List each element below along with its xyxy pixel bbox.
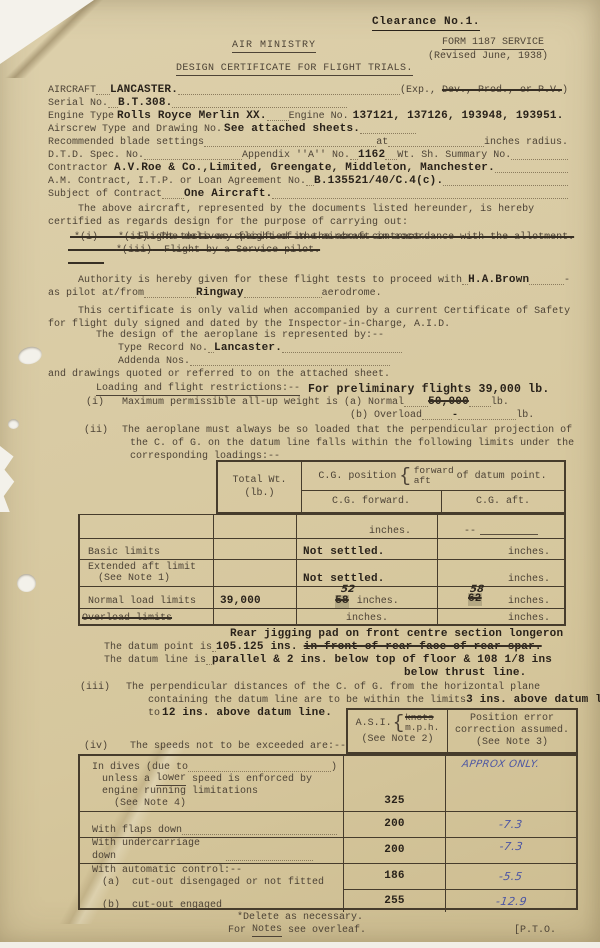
blade-suffix: inches radius. xyxy=(484,136,568,149)
pos-value-cell: -7.3 xyxy=(446,812,576,838)
dash-value: -- xyxy=(464,525,476,538)
drawings-line: and drawings quoted or referred to on th… xyxy=(48,368,570,381)
aft-struck-value: 62 xyxy=(468,593,482,606)
datum-section: Rear jigging pad on front centre section… xyxy=(48,628,588,720)
leader xyxy=(388,144,484,147)
auto-control-label: With automatic control:-- xyxy=(92,865,343,877)
field-aircraft: AIRCRAFT LANCASTER. (Exp., Dev., Prod., … xyxy=(48,84,568,97)
aft-cell: inches. xyxy=(438,560,564,587)
cg-body-box: inches. -- Basic limits Not settled. inc… xyxy=(78,514,566,626)
forward-corrected-value: 52 xyxy=(340,583,355,596)
item-text: Flight by a Service pilot. xyxy=(164,245,320,256)
design-intro: The design of the aeroplane is represent… xyxy=(48,329,570,342)
perpendicular-text: containing the datum line are to be with… xyxy=(48,694,466,707)
loading-heading-value: For preliminary flights 39,000 lb. xyxy=(308,383,549,396)
row-label-cell: Extended aft limit(See Note 1) xyxy=(80,560,214,587)
type-record-label: Type Record No. xyxy=(118,342,208,355)
leader xyxy=(172,105,347,108)
pilot-line-text: as pilot at/from xyxy=(48,287,144,300)
position-error-header-cell: Position error correction assumed. (See … xyxy=(448,710,576,752)
not-settled-value: Not settled. xyxy=(303,546,385,559)
leader xyxy=(226,858,313,861)
engine-type-value: Rolls Royce Merlin XX. xyxy=(117,110,267,123)
thrust-line-line: below thrust line. xyxy=(48,667,588,680)
speeds-row-dives: In dives (due to ) unless a lower speed … xyxy=(80,756,576,812)
cg-row-blank: inches. -- xyxy=(80,515,564,539)
asi-value-cell: 200 xyxy=(344,812,446,838)
intro-line1: The above aircraft, represented by the d… xyxy=(48,203,570,216)
total-wt-cell xyxy=(214,609,297,625)
aft-cell: -- xyxy=(438,515,564,539)
overload-line: (b) Overload - lb. xyxy=(48,409,570,422)
appendix-value: 1162 xyxy=(358,149,385,162)
total-wt-header: Total Wt. (lb.) xyxy=(218,462,302,512)
cg-position-header: C.G. position { forward aft of datum poi… xyxy=(301,462,564,490)
flaps-correction-value: -7.3 xyxy=(498,818,523,831)
asi-value-cell: 200 xyxy=(344,838,446,864)
cutout-disengaged-label: (a) cut-out disengaged or not fitted xyxy=(92,877,343,889)
leader xyxy=(350,157,358,160)
inches-label: inches. xyxy=(369,525,411,538)
leader xyxy=(144,157,242,160)
field-dtd-spec: D.T.D. Spec. No. Appendix ''A'' No. 1162… xyxy=(48,149,568,162)
speeds-row-flaps: With flaps down 200 -7.3 xyxy=(80,812,576,838)
leader xyxy=(404,404,428,407)
leader xyxy=(360,131,416,134)
forward-cell: inches. xyxy=(297,609,438,625)
field-blade-settings: Recommended blade settings at inches rad… xyxy=(48,136,568,149)
leader xyxy=(422,417,452,420)
subject-label: Subject of Contract xyxy=(48,188,162,201)
cutout-engaged-correction: -12.9 xyxy=(495,895,528,908)
see-note-4: (See Note 4) xyxy=(114,797,186,810)
mph-label: m.p.h. xyxy=(405,723,439,733)
inches-label: inches. xyxy=(346,612,388,625)
forward-aft-options: forward aft xyxy=(414,466,454,486)
addenda-label: Addenda Nos. xyxy=(118,355,190,368)
type-record-value: Lancaster. xyxy=(214,342,282,355)
engine-type-label: Engine Type xyxy=(48,110,114,123)
cg-row-overload: Overload limits inches. inches. xyxy=(80,609,564,625)
validity-text: This certificate is only valid when acco… xyxy=(78,305,570,318)
leader xyxy=(529,282,564,285)
col-aft-label: C.G. aft. xyxy=(476,495,530,508)
col-header-forward: C.G. forward. xyxy=(301,491,442,512)
basic-limits-label: Basic limits xyxy=(88,546,160,559)
total-wt-cell xyxy=(214,515,297,539)
aircraft-class-open: (Exp., xyxy=(400,84,442,97)
inches-label: inches. xyxy=(508,546,550,559)
asi-note: (See Note 2) xyxy=(348,734,447,745)
total-wt-cell: 39,000 xyxy=(214,587,297,609)
speeds-intro-text: The speeds not to be exceeded are:-- xyxy=(130,740,346,753)
speeds-header-box: A.S.I. { knots m.p.h. (See Note 2) Posit… xyxy=(346,708,578,754)
leader xyxy=(190,363,390,366)
datum-point-label: of datum point. xyxy=(457,470,547,483)
engine-no-value: 137121, 137126, 193948, 193951. xyxy=(353,110,564,123)
speeds-row-auto-a: With automatic control:-- (a) cut-out di… xyxy=(80,864,576,890)
certification-section: The above aircraft, represented by the d… xyxy=(48,203,570,331)
overload-label: (b) Overload xyxy=(350,409,422,422)
leader xyxy=(144,295,196,298)
validity-line1: This certificate is only valid when acco… xyxy=(48,305,570,318)
notes-pre: For xyxy=(228,924,252,937)
cutout-disengaged-correction: -5.5 xyxy=(498,870,523,883)
datum-point-struck: in front of rear face of rear spar. xyxy=(304,641,542,654)
ministry-heading: AIR MINISTRY xyxy=(232,39,316,53)
cutout-disengaged-speed: 186 xyxy=(384,870,404,883)
pos-note: (See Note 3) xyxy=(448,737,576,749)
pto-note: [P.T.O. xyxy=(514,924,556,937)
notes-line: For Notes see overleaf. [P.T.O. xyxy=(0,924,600,937)
loading-heading: Loading and flight restrictions:-- xyxy=(96,382,300,396)
pos-value-cell xyxy=(446,756,576,812)
cg-rule-text: The aeroplane must always be so loaded t… xyxy=(122,424,572,437)
total-wt-cell xyxy=(214,560,297,587)
datum-point-line: The datum point is 105.125 ins. in front… xyxy=(48,641,588,654)
document-title: DESIGN CERTIFICATE FOR FLIGHT TRIALS. xyxy=(176,62,413,76)
leader xyxy=(162,196,184,199)
identification-fields: AIRCRAFT LANCASTER. (Exp., Dev., Prod., … xyxy=(48,84,568,201)
pos-header-line2: correction assumed. xyxy=(448,725,576,737)
notes-suffix: see overleaf. xyxy=(282,924,366,937)
contractor-value: A.V.Roe & Co.,Limited, Greengate, Middle… xyxy=(114,162,495,175)
forward-cell: inches. xyxy=(297,515,438,539)
inches-label: inches. xyxy=(508,612,550,625)
total-weight-value: 39,000 xyxy=(220,595,261,608)
cert-item-iii-struck: *(iii) Flight by a Service pilot. xyxy=(48,257,570,270)
cg-position-label: C.G. position xyxy=(318,470,396,483)
scanned-form-page: Clearance No.1. AIR MINISTRY FORM 1187 S… xyxy=(0,0,600,948)
design-section: The design of the aeroplane is represent… xyxy=(48,329,570,381)
extended-limit-label: Extended aft limit(See Note 1) xyxy=(88,562,196,584)
field-serial: Serial No. B.T.308. xyxy=(48,97,568,110)
delete-note-line: *Delete as necessary. xyxy=(0,911,600,924)
leader xyxy=(178,92,400,95)
rule-line xyxy=(480,534,538,535)
spacer xyxy=(152,245,164,256)
aerodrome-suffix: aerodrome. xyxy=(322,287,382,300)
aft-cell: inches. xyxy=(438,539,564,560)
cg-limits-table: Total Wt. (lb.) C.G. position { forward … xyxy=(78,460,566,630)
perpendicular-line2: containing the datum line are to be with… xyxy=(48,694,588,707)
normal-weight-struck: 50,000 xyxy=(428,396,469,409)
blade-label: Recommended blade settings xyxy=(48,136,204,149)
leader xyxy=(282,350,402,353)
dives-line4: (See Note 4) xyxy=(92,798,337,810)
cg-rule-line2: the C. of G. on the datum line falls wit… xyxy=(48,437,570,450)
field-contractor: Contractor A.V.Roe & Co.,Limited, Greeng… xyxy=(48,162,568,175)
cg-rule-line1: (ii) The aeroplane must always be so loa… xyxy=(48,424,570,437)
flaps-speed-value: 200 xyxy=(384,818,404,831)
datum-line-value: parallel & 2 ins. below top of floor & 1… xyxy=(212,654,552,667)
asi-value-cell: 186 xyxy=(344,864,446,890)
leader xyxy=(306,183,314,186)
row-label-cell: In dives (due to ) unless a lower speed … xyxy=(80,756,344,812)
leader xyxy=(204,144,376,147)
am-contract-value: B.135521/40/C.4(c). xyxy=(314,175,443,188)
leader xyxy=(385,157,397,160)
cg-row-basic: Basic limits Not settled. inches. xyxy=(80,539,564,560)
cg-row-extended: Extended aft limit(See Note 1) Not settl… xyxy=(80,560,564,587)
cg-rule-text: the C. of G. on the datum line falls wit… xyxy=(130,437,574,450)
col-header-aft: C.G. aft. xyxy=(442,491,564,512)
leader xyxy=(469,404,491,407)
aircraft-class-struck: Dev., Prod., or P.V. xyxy=(442,84,562,97)
inches-label: inches. xyxy=(508,573,550,586)
row-label-cell xyxy=(80,515,214,539)
dive-speed-value: 325 xyxy=(384,795,404,808)
datum-line-label: The datum line is xyxy=(48,654,206,667)
pos-value-cell: -5.5 xyxy=(446,864,576,890)
max-weight-text: Maximum permissible all-up weight is (a)… xyxy=(122,396,404,409)
leader xyxy=(96,92,110,95)
serial-value: B.T.308. xyxy=(118,97,172,110)
row-label-cell: (b) cut-out engaged xyxy=(80,890,344,912)
thrust-line-value: below thrust line. xyxy=(404,667,526,680)
item-marker: (i) xyxy=(48,396,104,409)
authority-tail: - xyxy=(564,274,570,287)
cg-header-box: Total Wt. (lb.) C.G. position { forward … xyxy=(216,460,566,514)
leader xyxy=(272,196,568,199)
design-intro-text: The design of the aeroplane is represent… xyxy=(96,329,384,342)
asi-value-cell: 325 xyxy=(344,756,446,812)
datum-correction-line: Rear jigging pad on front centre section… xyxy=(48,628,588,641)
undercarriage-label: With undercarriage down xyxy=(92,837,226,863)
forward-struck-value: 58 xyxy=(335,595,349,608)
item-marker: *(iii) xyxy=(116,245,152,256)
field-subject: Subject of Contract One Aircraft. xyxy=(48,188,568,201)
row-label-cell: With automatic control:-- (a) cut-out di… xyxy=(80,864,344,890)
perpendicular-text: The perpendicular distances of the C. of… xyxy=(126,681,540,694)
subject-value: One Aircraft. xyxy=(184,188,272,201)
overload-limits-struck: Overload limits xyxy=(82,612,172,625)
clearance-number: Clearance No.1. xyxy=(372,16,480,31)
contractor-label: Contractor xyxy=(48,162,108,175)
leader xyxy=(188,769,331,772)
pos-value-cell: -12.9 xyxy=(446,890,576,912)
blade-at: at xyxy=(376,136,388,149)
speeds-section: (iv) The speeds not to be exceeded are:-… xyxy=(0,708,600,910)
label-line2: (See Note 1) xyxy=(88,573,170,584)
drawings-text: and drawings quoted or referred to on th… xyxy=(48,368,390,381)
engine-no-label: Engine No. xyxy=(289,110,349,123)
type-record-line: Type Record No. Lancaster. xyxy=(48,342,570,355)
speeds-body-box: In dives (due to ) unless a lower speed … xyxy=(78,754,578,910)
speeds-row-auto-b: (b) cut-out engaged 255 -12.9 xyxy=(80,890,576,912)
serial-label: Serial No. xyxy=(48,97,108,110)
cg-row-normal: Normal load limits 39,000 52 58 inches. … xyxy=(80,587,564,609)
field-airscrew: Airscrew Type and Drawing No. See attach… xyxy=(48,123,568,136)
intro-text: The above aircraft, represented by the d… xyxy=(78,203,534,216)
leader xyxy=(443,183,568,186)
flaps-label: With flaps down xyxy=(92,824,182,837)
pilot-line: as pilot at/from Ringway aerodrome. xyxy=(48,287,570,300)
dtd-label: D.T.D. Spec. No. xyxy=(48,149,144,162)
footer: *Delete as necessary. For Notes see over… xyxy=(0,911,600,937)
asi-value-cell: 255 xyxy=(344,890,446,912)
forward-cell: Not settled. xyxy=(297,560,438,587)
forward-cell: 52 58 inches. xyxy=(297,587,438,609)
brace-glyph: { xyxy=(399,467,410,486)
total-wt-cell xyxy=(214,539,297,560)
item-marker: (iii) xyxy=(48,681,110,694)
authority-line: Authority is hereby given for these flig… xyxy=(48,274,570,287)
asi-header-line: A.S.I. { knots m.p.h. xyxy=(348,712,447,734)
appendix-label: Appendix ''A'' No. xyxy=(242,149,350,162)
row-label-cell: With flaps down xyxy=(80,812,344,838)
punch-hole xyxy=(17,574,36,592)
datum-point-value: 105.125 ins. xyxy=(216,641,298,654)
row-label-cell: Overload limits xyxy=(80,609,214,625)
undercarriage-speed-value: 200 xyxy=(384,844,404,857)
datum-point-label: The datum point is xyxy=(48,641,212,654)
form-number: FORM 1187 SERVICE xyxy=(442,36,544,50)
leader xyxy=(244,295,322,298)
loading-section: Loading and flight restrictions:-- For p… xyxy=(48,381,570,463)
perpendicular-line1: (iii) The perpendicular distances of the… xyxy=(48,681,588,694)
aircraft-class-close: ) xyxy=(562,84,568,97)
aircraft-label: AIRCRAFT xyxy=(48,84,96,97)
field-engine: Engine Type Rolls Royce Merlin XX. Engin… xyxy=(48,110,568,123)
max-weight-line: (i) Maximum permissible all-up weight is… xyxy=(48,396,570,409)
col-forward-label: C.G. forward. xyxy=(332,495,410,508)
unit-lb: lb. xyxy=(516,409,534,422)
speeds-row-undercarriage: With undercarriage down 200 -7.3 xyxy=(80,838,576,864)
field-am-contract: A.M. Contract, I.T.P. or Loan Agreement … xyxy=(48,175,568,188)
aerodrome-value: Ringway xyxy=(196,287,244,300)
total-wt-label: Total Wt. xyxy=(232,474,286,487)
datum-line-line: The datum line is parallel & 2 ins. belo… xyxy=(48,654,588,667)
cg-subheader-row: C.G. forward. C.G. aft. xyxy=(301,490,564,512)
label-line1: Extended aft limit xyxy=(88,562,196,573)
inches-label: inches. xyxy=(357,595,399,608)
row-label-cell: Basic limits xyxy=(80,539,214,560)
item-marker: (iv) xyxy=(84,740,108,753)
asi-header-cell: A.S.I. { knots m.p.h. (See Note 2) xyxy=(348,710,448,752)
inches-label: inches. xyxy=(508,595,550,608)
pos-value-cell: -7.3 xyxy=(446,838,576,864)
notes-word-underlined: Notes xyxy=(252,923,282,937)
option-aft: aft xyxy=(414,476,454,486)
normal-load-label: Normal load limits xyxy=(88,595,196,608)
total-wt-unit: (lb.) xyxy=(244,487,274,500)
airscrew-label: Airscrew Type and Drawing No. xyxy=(48,123,222,136)
item-struck: *(iii) Flight by a Service pilot. xyxy=(48,231,320,270)
undercarriage-correction-value: -7.3 xyxy=(499,840,524,853)
aft-cell: inches. xyxy=(438,609,564,625)
pilot-name: H.A.Brown xyxy=(468,274,529,287)
forward-cell: Not settled. xyxy=(297,539,438,560)
authority-text: Authority is hereby given for these flig… xyxy=(78,274,462,287)
form-revision: (Revised June, 1938) xyxy=(428,50,548,63)
item-marker: (ii) xyxy=(48,424,108,437)
close-paren: ) xyxy=(331,761,337,774)
aircraft-value: LANCASTER. xyxy=(110,84,178,97)
limit-value-lower: 3 ins. above datum line xyxy=(466,694,600,707)
leader xyxy=(108,105,118,108)
pos-header-line1: Position error xyxy=(448,713,576,725)
leader xyxy=(511,157,568,160)
overload-value: - xyxy=(452,409,458,422)
cutout-engaged-speed: 255 xyxy=(384,895,404,908)
punch-hole-small xyxy=(8,419,19,429)
leader xyxy=(182,832,337,835)
unit-lb: lb. xyxy=(491,396,509,409)
loading-heading-line: Loading and flight restrictions:-- For p… xyxy=(48,381,570,396)
brace-glyph: { xyxy=(393,714,404,733)
am-contract-label: A.M. Contract, I.T.P. or Loan Agreement … xyxy=(48,175,306,188)
leader xyxy=(495,170,568,173)
aft-cell: 58 62 inches. xyxy=(438,587,564,609)
leader xyxy=(267,118,289,121)
airscrew-value: See attached sheets. xyxy=(224,123,360,136)
asi-units: knots m.p.h. xyxy=(405,713,439,733)
lower-underlined: lower xyxy=(156,772,186,786)
leader xyxy=(458,417,516,420)
wt-sh-label: Wt. Sh. Summary No. xyxy=(397,149,511,162)
datum-correction-value: Rear jigging pad on front centre section… xyxy=(230,628,563,641)
row-label-cell: With undercarriage down xyxy=(80,838,344,864)
asi-label: A.S.I. xyxy=(356,717,392,730)
row-label-cell: Normal load limits xyxy=(80,587,214,609)
addenda-line: Addenda Nos. xyxy=(48,355,570,368)
